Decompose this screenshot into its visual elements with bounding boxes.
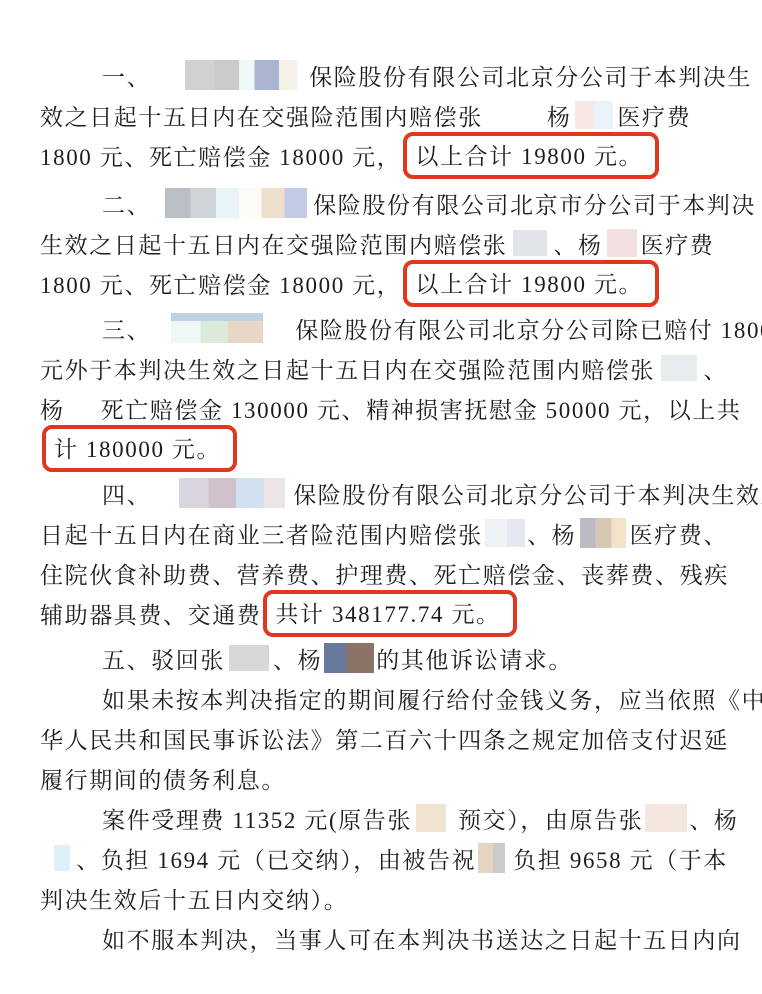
- judgment-text: 的其他诉讼请求。: [376, 642, 573, 675]
- judgment-text: 预交），由原告张: [458, 802, 643, 835]
- item-marker: 三、: [102, 312, 151, 345]
- judgment-text: 日起十五日内在商业三者险范围内赔偿张: [40, 517, 483, 550]
- redaction-block: [478, 843, 505, 873]
- text-line: 计 180000 元。: [40, 428, 728, 468]
- judgment-text: 、杨: [527, 517, 576, 550]
- redaction-block: [575, 101, 613, 129]
- judgment-text: 医疗费、: [630, 517, 728, 550]
- judgment-page: 一、保险股份有限公司北京分公司于本判决生 效之日起十五日内在交强险范围内赔偿张杨…: [0, 0, 762, 994]
- redaction-block: [513, 230, 547, 256]
- text-line: 日起十五日内在商业三者险范围内赔偿张、杨医疗费、: [40, 513, 728, 553]
- judgment-text: 如不服本判决，当事人可在本判决书送达之日起十五日内向: [102, 922, 742, 955]
- judgment-text: 、杨: [273, 642, 322, 675]
- highlight-box: 以上合计 19800 元。: [403, 132, 659, 179]
- judgment-text: 如果未按本判决指定的期间履行给付金钱义务，应当依照《中: [102, 682, 762, 715]
- text-line: 华人民共和国民事诉讼法》第二百六十四条之规定加倍支付迟延: [40, 718, 728, 758]
- judgment-text: 生效之日起十五日内在交强险范围内赔偿张: [40, 227, 507, 260]
- text-line: 效之日起十五日内在交强险范围内赔偿张杨医疗费: [40, 95, 728, 135]
- text-line: 生效之日起十五日内在交强险范围内赔偿张、杨医疗费: [40, 223, 728, 263]
- redaction-block: [661, 355, 697, 381]
- redaction-block: [324, 643, 374, 673]
- redaction-block: [485, 519, 525, 547]
- redaction-block: [580, 518, 625, 548]
- judgment-text: 履行期间的债务利息。: [40, 762, 286, 795]
- judgment-text: 保险股份有限公司北京市分公司于本判决: [313, 187, 756, 220]
- text-line: 案件受理费 11352 元(原告张预交），由原告张、杨: [40, 798, 762, 838]
- redaction-block: [185, 60, 297, 90]
- judgment-text: 1800 元、死亡赔偿金 18000 元，: [40, 139, 401, 172]
- judgment-text: 效之日起十五日内在交强险范围内赔偿张: [40, 99, 483, 132]
- text-line: 一、保险股份有限公司北京分公司于本判决生: [40, 55, 762, 95]
- judgment-text: 医疗费: [617, 99, 691, 132]
- redaction-block: [179, 478, 285, 508]
- judgment-text: 医疗费: [641, 227, 715, 260]
- text-line: 二、保险股份有限公司北京市分公司于本判决: [40, 183, 762, 223]
- text-line: 判决生效后十五日内交纳）。: [40, 878, 728, 918]
- judgment-text: 保险股份有限公司北京分公司于本判决生: [309, 59, 752, 92]
- redaction-block: [645, 804, 687, 832]
- judgment-text: 华人民共和国民事诉讼法》第二百六十四条之规定加倍支付迟延: [40, 722, 729, 755]
- redaction-block: [165, 188, 307, 218]
- text-line: 如果未按本判决指定的期间履行给付金钱义务，应当依照《中: [40, 678, 762, 718]
- redaction-block: [171, 313, 263, 343]
- text-line: 辅助器具费、交通费共计 348177.74 元。: [40, 593, 728, 633]
- judgment-text: 、负担 1694 元（已交纳），由被告祝: [76, 842, 476, 875]
- judgment-text: 1800 元、死亡赔偿金 18000 元，: [40, 267, 401, 300]
- judgment-text: 杨: [40, 392, 65, 425]
- redaction-block: [607, 229, 637, 257]
- judgment-text: 、: [703, 352, 728, 385]
- judgment-text: 负担 9658 元（于本: [513, 842, 728, 875]
- judgment-text: 五、驳回张: [102, 642, 225, 675]
- text-line: 履行期间的债务利息。: [40, 758, 728, 798]
- judgment-text: 、杨: [689, 802, 738, 835]
- judgment-text: 保险股份有限公司北京分公司除已赔付 18000: [295, 312, 762, 345]
- judgment-text: 杨: [547, 99, 572, 132]
- judgment-text: 案件受理费 11352 元(原告张: [102, 802, 412, 835]
- text-line: 五、驳回张、杨的其他诉讼请求。: [40, 638, 762, 678]
- text-line: 、负担 1694 元（已交纳），由被告祝负担 9658 元（于本: [40, 838, 728, 878]
- item-marker: 一、: [102, 59, 151, 92]
- judgment-text: 判决生效后十五日内交纳）。: [40, 882, 348, 915]
- item-marker: 四、: [102, 477, 151, 510]
- judgment-text: 住院伙食补助费、营养费、护理费、死亡赔偿金、丧葬费、残疾: [40, 557, 729, 590]
- text-line: 住院伙食补助费、营养费、护理费、死亡赔偿金、丧葬费、残疾: [40, 553, 728, 593]
- judgment-text: 辅助器具费、交通费: [40, 597, 261, 630]
- redaction-block: [416, 804, 446, 832]
- text-line: 三、保险股份有限公司北京分公司除已赔付 18000: [40, 308, 762, 348]
- judgment-text: 保险股份有限公司北京分公司于本判决生效之: [293, 477, 762, 510]
- text-line: 1800 元、死亡赔偿金 18000 元，以上合计 19800 元。: [40, 263, 728, 303]
- redaction-block: [229, 645, 269, 671]
- item-marker: 二、: [102, 187, 151, 220]
- redaction-block: [54, 845, 70, 871]
- highlight-box: 计 180000 元。: [42, 425, 237, 472]
- text-line: 如不服本判决，当事人可在本判决书送达之日起十五日内向: [40, 918, 762, 958]
- text-line: 元外于本判决生效之日起十五日内在交强险范围内赔偿张、: [40, 348, 728, 388]
- highlight-box: 以上合计 19800 元。: [403, 260, 659, 307]
- judgment-text: 、杨: [553, 227, 602, 260]
- text-line: 1800 元、死亡赔偿金 18000 元，以上合计 19800 元。: [40, 135, 728, 175]
- judgment-text: 死亡赔偿金 130000 元、精神损害抚慰金 50000 元，以上共: [101, 392, 742, 425]
- text-line: 杨死亡赔偿金 130000 元、精神损害抚慰金 50000 元，以上共: [40, 388, 728, 428]
- text-line: 四、保险股份有限公司北京分公司于本判决生效之: [40, 473, 762, 513]
- highlight-box: 共计 348177.74 元。: [263, 590, 516, 637]
- judgment-text: 元外于本判决生效之日起十五日内在交强险范围内赔偿张: [40, 352, 655, 385]
